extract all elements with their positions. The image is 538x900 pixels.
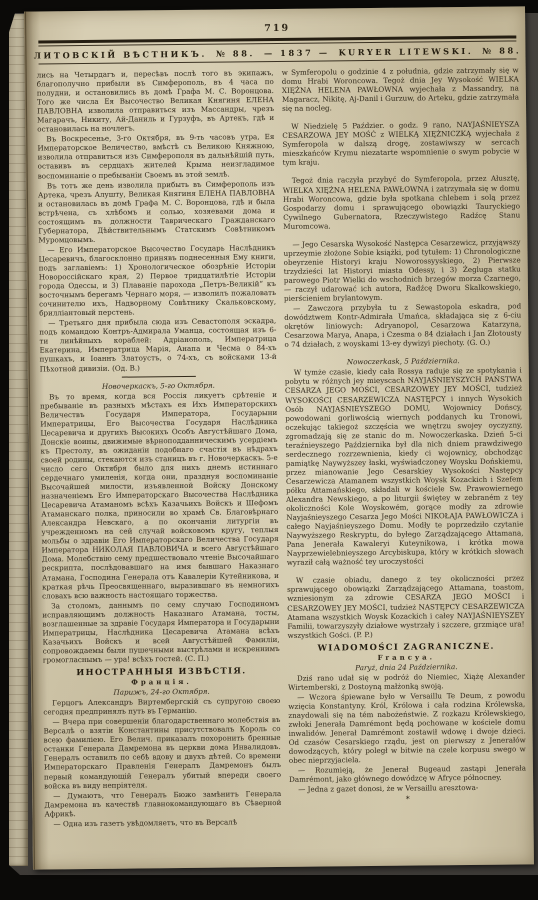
masthead-year: — 1837 — xyxy=(264,47,330,58)
footmark-block: * xyxy=(289,794,526,806)
paragraph: Въ Воскресенье, 3-го Октября, въ 9-ть ча… xyxy=(37,132,274,180)
scanned-newspaper-page: 719 ЛИТОВСКІЙ ВѢСТНИКЪ. № 88. — 1837 — K… xyxy=(0,0,538,900)
paragraph: — Думаютъ, что Генералъ Бюжо замѣнитъ Ге… xyxy=(44,789,281,819)
paragraph: — Zawczora przybyła tu z Sewastopola esk… xyxy=(284,302,521,350)
column-left-russian: лись на Четырдагъ и, пересѣвъ послѣ того… xyxy=(37,68,282,829)
paragraph: — Его Императорское Высочество Государь … xyxy=(38,243,276,318)
paragraph: лись на Четырдагъ и, пересѣвъ послѣ того… xyxy=(37,68,275,134)
paragraph: — Третьяго дня прибыла сюда изъ Севастоп… xyxy=(39,316,277,373)
paragraph: — Вчера при совершеніи благодарственнаго… xyxy=(43,715,281,790)
rule-block xyxy=(121,375,195,377)
paragraph: Въ тотъ же день изволила прибыть въ Симф… xyxy=(38,179,276,245)
paragraph: Dziś rano udał się w podróż do Niemiec, … xyxy=(288,671,525,692)
column-right-polish: w Symferopolu o godzinie 4 z południa, g… xyxy=(282,65,527,826)
newspaper-paper: 719 ЛИТОВСКІЙ ВѢСТНИКЪ. № 88. — 1837 — K… xyxy=(24,6,534,869)
paragraph: W Niedzielę 5 Paździer. o godz. 9 rano, … xyxy=(282,120,519,168)
masthead-rule-top xyxy=(38,35,516,46)
masthead-issue-right: № 88. xyxy=(482,45,521,55)
columns: лись на Четырдагъ и, пересѣвъ послѣ того… xyxy=(37,65,527,829)
paragraph: W czasie obiadu, danego z tey okolicznoś… xyxy=(287,574,525,640)
masthead-title-russian: ЛИТОВСКІЙ ВѢСТНИКЪ. xyxy=(34,49,207,61)
paragraph: Въ то время, когда вся Россія ликуетъ ср… xyxy=(40,390,279,601)
masthead-title-polish: KURYER LITEWSKI. xyxy=(339,46,474,57)
paragraph: — Rozumieją, że Jenerał Bugeaud zastąpi … xyxy=(289,764,526,785)
scan-border-left xyxy=(0,0,9,900)
scan-border-bottom xyxy=(0,875,538,900)
page-number: 719 xyxy=(36,20,518,36)
scan-border-bottom-wedge xyxy=(0,857,20,875)
paragraph: — Одна изъ газетъ увѣдомляетъ, что въ Ве… xyxy=(44,817,281,829)
paragraph: — Jego Cesarska Wysokość Następca Cesarz… xyxy=(283,237,521,303)
paragraph: За столомъ, даннымъ по сему случаю Госпо… xyxy=(42,599,280,665)
paragraph: Герцогъ Александръ Виртембергскій съ суп… xyxy=(43,696,280,717)
paragraph: Tegoż dnia raczyła przybyć do Symferopol… xyxy=(283,174,521,231)
paragraph: — Jedna z gazet donosi, że w Versaillu a… xyxy=(289,783,526,795)
paragraph: W tymże czasie, kiedy cała Rossya raduje… xyxy=(285,366,524,568)
paragraph: — Wczora śpiewane było w Versaillu Te De… xyxy=(288,690,526,765)
page-content: 719 ЛИТОВСКІЙ ВѢСТНИКЪ. № 88. — 1837 — K… xyxy=(36,20,526,829)
masthead-issue-left: № 88. xyxy=(216,48,255,58)
paragraph: w Symferopolu o godzinie 4 z południa, g… xyxy=(282,65,519,113)
